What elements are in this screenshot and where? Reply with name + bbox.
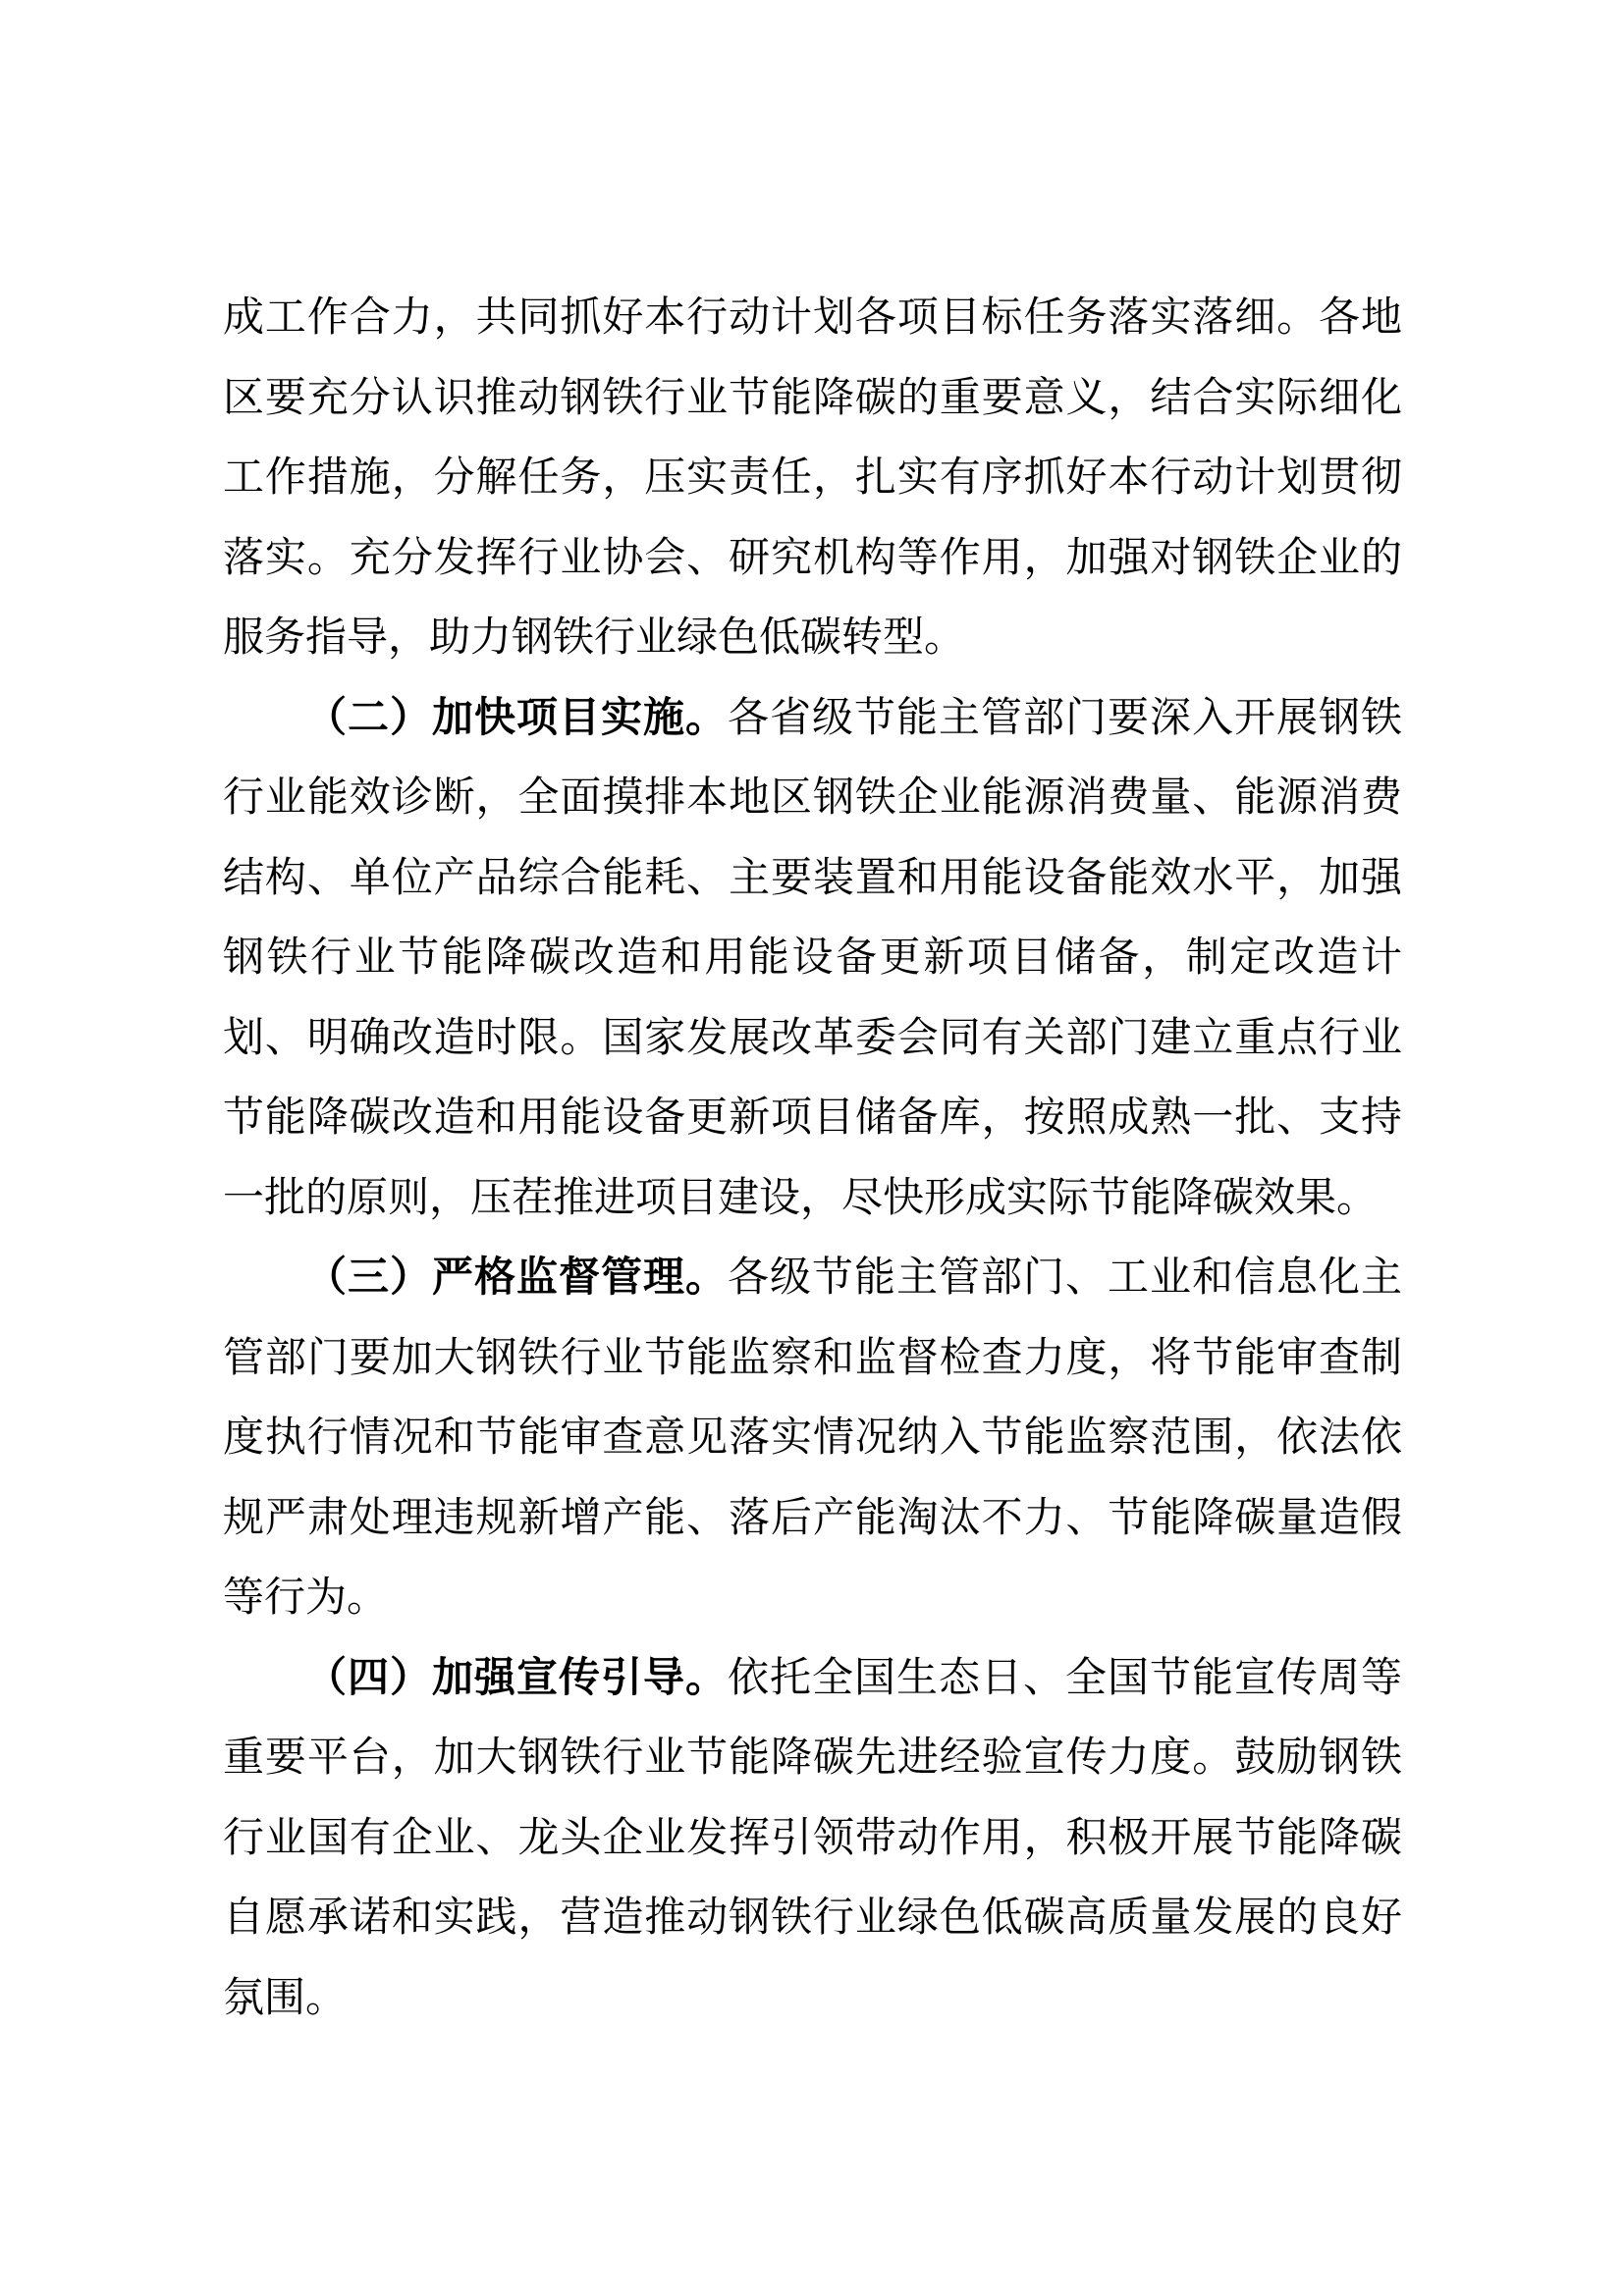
line-text: 区要充分认识推动钢铁行业节能降碳的重要意义，结合实际细化 [223,373,1402,421]
text-line: 区要充分认识推动钢铁行业节能降碳的重要意义，结合实际细化 [223,357,1402,438]
text-line: 成工作合力，共同抓好本行动计划各项目标任务落实落细。各地 [223,277,1402,357]
line-text: 各级节能主管部门、工业和信息化主 [728,1253,1402,1301]
line-text: 一批的原则，压茬推进项目建设，尽快形成实际节能降碳效果。 [223,1173,1378,1221]
line-text: 钢铁行业节能降碳改造和用能设备更新项目储备，制定改造计 [223,933,1402,981]
line-text: 行业国有企业、龙头企业发挥引领带动作用，积极开展节能降碳 [223,1813,1402,1861]
text-line: 钢铁行业节能降碳改造和用能设备更新项目储备，制定改造计 [223,917,1402,997]
text-line: 管部门要加大钢铁行业节能监察和监督检查力度，将节能审查制 [223,1317,1402,1398]
text-line: 等行为。 [223,1557,1402,1637]
text-line: （三）严格监督管理。各级节能主管部门、工业和信息化主 [223,1237,1402,1317]
line-text: 节能降碳改造和用能设备更新项目储备库，按照成熟一批、支持 [223,1093,1402,1141]
text-line: 服务指导，助力钢铁行业绿色低碳转型。 [223,597,1402,677]
text-line: 自愿承诺和实践，营造推动钢铁行业绿色低碳高质量发展的良好 [223,1877,1402,1957]
line-text: 等行为。 [223,1573,388,1621]
text-line: 氛围。 [223,1957,1402,2038]
line-text: 管部门要加大钢铁行业节能监察和监督检查力度，将节能审查制 [223,1333,1402,1381]
text-line: 工作措施，分解任务，压实责任，扎实有序抓好本行动计划贯彻 [223,437,1402,517]
text-line: 行业能效诊断，全面摸排本地区钢铁企业能源消费量、能源消费 [223,757,1402,837]
text-line: （二）加快项目实施。各省级节能主管部门要深入开展钢铁 [223,677,1402,758]
line-text: 自愿承诺和实践，营造推动钢铁行业绿色低碳高质量发展的良好 [223,1893,1402,1941]
line-text: 工作措施，分解任务，压实责任，扎实有序抓好本行动计划贯彻 [223,453,1402,501]
line-text: 重要平台，加大钢铁行业节能降碳先进经验宣传力度。鼓励钢铁 [223,1733,1402,1781]
line-text: 度执行情况和节能审查意见落实情况纳入节能监察范围，依法依 [223,1413,1402,1461]
text-line: 划、明确改造时限。国家发展改革委会同有关部门建立重点行业 [223,997,1402,1078]
document-page: 成工作合力，共同抓好本行动计划各项目标任务落实落细。各地区要充分认识推动钢铁行业… [0,0,1624,2296]
text-line: （四）加强宣传引导。依托全国生态日、全国节能宣传周等 [223,1637,1402,1718]
text-line: 节能降碳改造和用能设备更新项目储备库，按照成熟一批、支持 [223,1077,1402,1157]
text-line: 行业国有企业、龙头企业发挥引领带动作用，积极开展节能降碳 [223,1797,1402,1878]
paragraph-lead-in: （二）加快项目实施。 [305,693,728,741]
text-line: 结构、单位产品综合能耗、主要装置和用能设备能效水平，加强 [223,837,1402,918]
line-text: 服务指导，助力钢铁行业绿色低碳转型。 [223,613,965,661]
line-text: 依托全国生态日、全国节能宣传周等 [728,1653,1402,1701]
paragraph-lead-in: （四）加强宣传引导。 [305,1653,728,1701]
line-text: 成工作合力，共同抓好本行动计划各项目标任务落实落细。各地 [223,293,1402,341]
text-line: 重要平台，加大钢铁行业节能降碳先进经验宣传力度。鼓励钢铁 [223,1717,1402,1797]
line-text: 落实。充分发挥行业协会、研究机构等作用，加强对钢铁企业的 [223,533,1402,581]
text-line: 落实。充分发挥行业协会、研究机构等作用，加强对钢铁企业的 [223,517,1402,598]
document-body: 成工作合力，共同抓好本行动计划各项目标任务落实落细。各地区要充分认识推动钢铁行业… [223,277,1402,2037]
text-line: 规严肃处理违规新增产能、落后产能淘汰不力、节能降碳量造假 [223,1477,1402,1558]
paragraph-lead-in: （三）严格监督管理。 [305,1253,728,1301]
line-text: 氛围。 [223,1973,347,2021]
line-text: 规严肃处理违规新增产能、落后产能淘汰不力、节能降碳量造假 [223,1493,1402,1541]
line-text: 各省级节能主管部门要深入开展钢铁 [728,693,1402,741]
line-text: 结构、单位产品综合能耗、主要装置和用能设备能效水平，加强 [223,853,1402,901]
line-text: 行业能效诊断，全面摸排本地区钢铁企业能源消费量、能源消费 [223,773,1402,821]
text-line: 度执行情况和节能审查意见落实情况纳入节能监察范围，依法依 [223,1397,1402,1477]
line-text: 划、明确改造时限。国家发展改革委会同有关部门建立重点行业 [223,1013,1402,1061]
text-line: 一批的原则，压茬推进项目建设，尽快形成实际节能降碳效果。 [223,1157,1402,1238]
